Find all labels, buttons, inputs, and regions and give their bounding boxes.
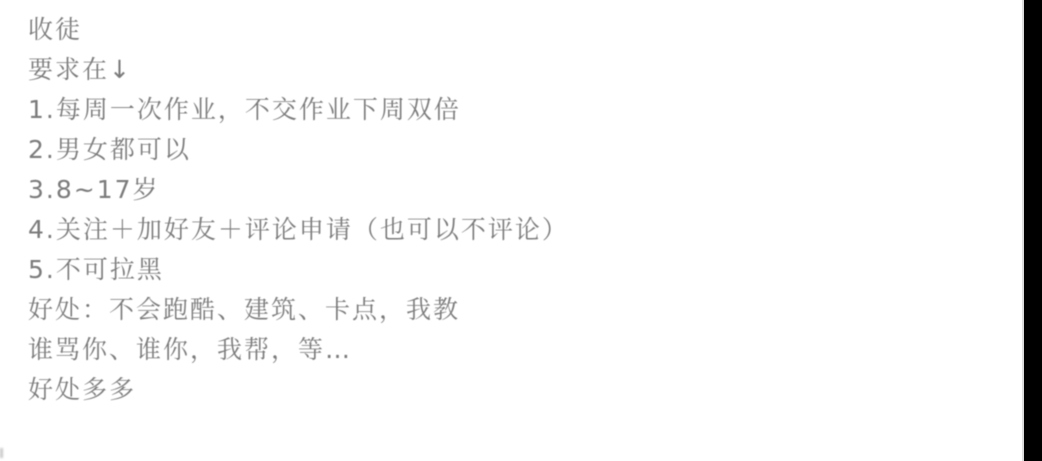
note-line: 要求在↓ — [28, 50, 988, 90]
note-line: 5.不可拉黑 — [28, 250, 988, 290]
note-line: 好处多多 — [28, 370, 988, 410]
note-line: 4.关注＋加好友＋评论申请（也可以不评论） — [28, 210, 988, 250]
note-line: 2.男女都可以 — [28, 130, 988, 170]
right-black-bar — [1024, 0, 1042, 461]
note-line: 好处：不会跑酷、建筑、卡点，我教 — [28, 290, 988, 330]
note-line: 谁骂你、谁你，我帮，等… — [28, 330, 988, 370]
scan-artifact — [0, 448, 3, 458]
note-line: 3.8~17岁 — [28, 170, 988, 210]
note-line: 1.每周一次作业，不交作业下周双倍 — [28, 90, 988, 130]
handwritten-note: 收徒要求在↓1.每周一次作业，不交作业下周双倍2.男女都可以3.8~17岁4.关… — [28, 10, 988, 410]
screenshot-canvas: 收徒要求在↓1.每周一次作业，不交作业下周双倍2.男女都可以3.8~17岁4.关… — [0, 0, 1042, 461]
note-line: 收徒 — [28, 10, 988, 50]
